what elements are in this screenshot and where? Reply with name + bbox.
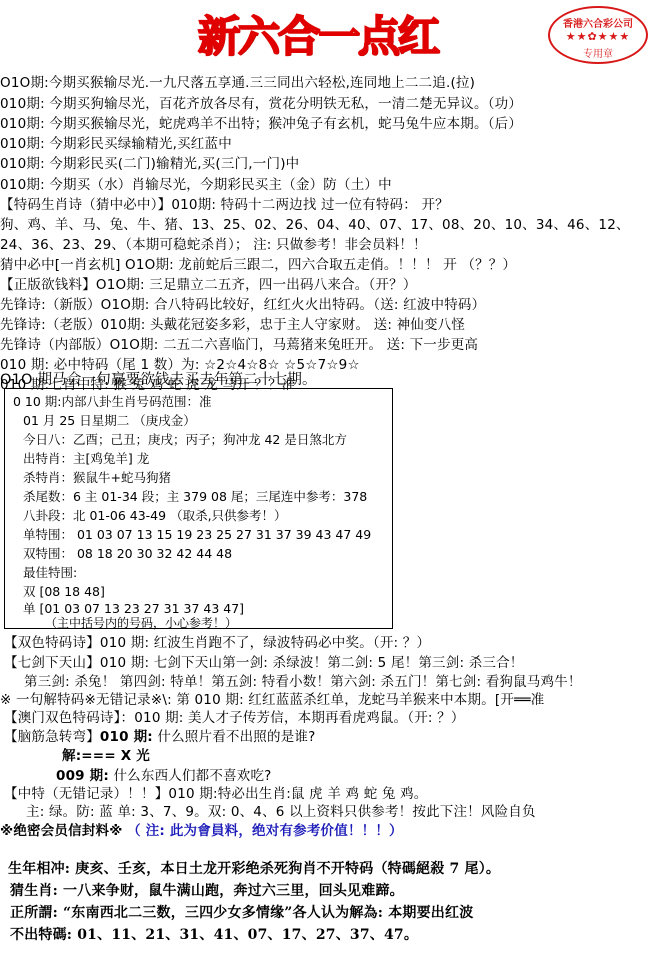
seal-bottom-text: 专用章 [550,45,646,60]
riddle-answer: 解:=== X 光 [62,747,150,765]
text-line: 狗、鸡、羊、马、兔、牛、猪、13、25、02、26、04、40、07、17、08… [0,216,630,234]
text-line: 010期: 今期买狗输尽光，百花齐放各尽有，赏花分明铁无私，一清二楚无异议。（功… [0,95,522,113]
text-line: 主: 绿。防: 蓝 单: 3、7、9。双: 0、4、6 以上资料只供参考！按此下… [26,803,536,821]
box-line: 杀特肖：猴鼠牛+蛇马狗猪 [23,469,171,486]
text-line: 不出特碼: 01、11、21、31、41、07、17、27、37、47。 [10,926,418,944]
text-line: 【七剑下天山】010 期: 七剑下天山第一剑: 杀绿波！第二剑: 5 尾！第三剑… [4,654,524,672]
text-line: 先锋诗（内部版）O1O期: 二五二六喜临门，马蔫猪来兔旺开。 送: 下一步更高 [0,336,478,354]
seal-stars-icon: ★★✿★★★ [550,30,646,43]
riddle-line: 【脑筋急转弯】010 期: 什么照片看不出照的是谁? [4,728,315,746]
text-line: 猜中必中[一肖玄机] O1O期: 龙前蛇后三跟二，四六合取五走俏。！！！ 开 （… [0,256,516,274]
company-seal: 香港六合彩公司 ★★✿★★★ 专用章 [548,6,648,64]
text-line: O1O 期马会一句赢要欲钱去买去年第二十七期。 [0,371,317,389]
text-line: 【特码生肖诗（猜中必中）】010期: 特码十二两边找 过一位有特码： 开？ [0,196,449,214]
seal-top-text: 香港六合彩公司 [550,15,646,30]
page-title: 新六合一点红 [198,12,438,62]
text-line: 生年相冲: 庚亥、壬亥，本日土龙开彩绝杀死狗肖不开特码（特碼絕殺 7 尾）。 [8,860,500,878]
text-line: 先锋诗:（老版）010期: 头戴花冠姿多彩，忠于主人守家财。 送: 神仙变八怪 [0,316,465,334]
box-line: 01 月 25 日星期二 （庚戌金） [23,412,196,429]
text-line: 24、36、23、29、（本期可稳蛇杀肖）； 注: 只做参考！非会员料！！ [0,236,427,254]
text-line: 正所謂: “东南西北二三数，三四少女多情缘”各人认为解為: 本期要出红波 [10,904,473,922]
member-label: ※绝密会员信封料※ [0,823,123,839]
riddle-question: 什么照片看不出照的是谁? [157,729,315,745]
box-line: 双特围： 08 18 20 30 32 42 44 48 [23,545,232,562]
riddle-prev-issue: 009 期: [56,768,109,784]
header: 新六合一点红 香港六合彩公司 ★★✿★★★ 专用章 [0,0,653,70]
box-line: 杀尾数：6 主 01-34 段；主 379 08 尾；三尾连中参考：378 [23,488,367,505]
text-line: 010期: 今期买（水）肖输尽光，今期彩民买主（金）防（土）中 [0,176,392,194]
riddle-label: 【脑筋急转弯】 [4,729,100,745]
member-note: （ 注: 此为會員料，绝对有参考价值！！！） [127,823,403,839]
box-line: 双 [08 18 48] [23,583,105,600]
box-line: （主中括号内的号码，小心参考！） [45,615,237,632]
text-line: 010期: 今期买猴输尽光，蛇虎鸡羊不出特；猴冲兔子有玄机，蛇马兔牛应本期。（后… [0,115,522,133]
box-line: 八卦段：北 01-06 43-49 （取杀,只供参考！） [23,507,287,524]
box-line: 最佳特围: [23,564,77,581]
text-line: ※ 一句解特码※无错记录※\: 第 010 期: 红红蓝蓝杀红单，龙蛇马羊猴来中… [0,691,544,709]
text-line: O1O期:今期买猴输尽光.一九尺落五享通.三三同出六轻松,连同地上二二追.(拉) [0,74,475,92]
text-line: 【正版欲钱料】O1O期: 三足鼎立二五齐，四一出码八来合。（开？） [0,276,417,294]
bagua-info-box: 0 10 期:内部八卦生肖号码范围：准 01 月 25 日星期二 （庚戌金） 今… [4,388,393,629]
text-line: 第三剑: 杀兔！ 第四剑: 特单！第五剑: 特看小数！第六剑: 杀五门！第七剑:… [24,673,582,691]
box-line: 出特肖：主[鸡兔羊] 龙 [23,450,149,467]
text-line: 猜生肖: 一八来争财，鼠牛满山跑，奔过六三里，回头见难蹄。 [10,882,404,900]
text-line: 010期: 今期彩民买绿输精光,买红蓝中 [0,135,232,153]
riddle-issue: 010 期: [100,729,153,745]
box-line: 今日八：乙酉；己丑；庚戌；丙子；狗冲龙 42 是日煞北方 [23,431,347,448]
text-line: 【中特（无错记录）！！】010 期:特必出生肖:鼠 虎 羊 鸡 蛇 兔 鸡。 [4,785,428,803]
box-line: 单特围： 01 03 07 13 15 19 23 25 27 31 37 39… [23,526,371,543]
box-line: 0 10 期:内部八卦生肖号码范围：准 [13,393,212,410]
text-line: 【双色特码诗】010 期: 红波生肖跑不了，绿波特码必中奖。（开: ？） [4,634,430,652]
text-line: 先锋诗:（新版）O1O期: 合八特码比较好，红红火火出特码。（送: 红波中特码） [0,296,485,314]
riddle-prev-line: 009 期: 什么东西人们都不喜欢吃? [56,767,272,785]
riddle-prev-question: 什么东西人们都不喜欢吃? [113,768,271,784]
member-line: ※绝密会员信封料※ （ 注: 此为會員料，绝对有参考价值！！！） [0,822,403,840]
text-line: 010期: 今期彩民买(二门)输精光,买(三门,一门)中 [0,155,299,173]
text-line: 【澳门双色特码诗】：010 期: 美人才子传芳信，本期再看虎鸡鼠。（开: ？） [4,709,465,727]
